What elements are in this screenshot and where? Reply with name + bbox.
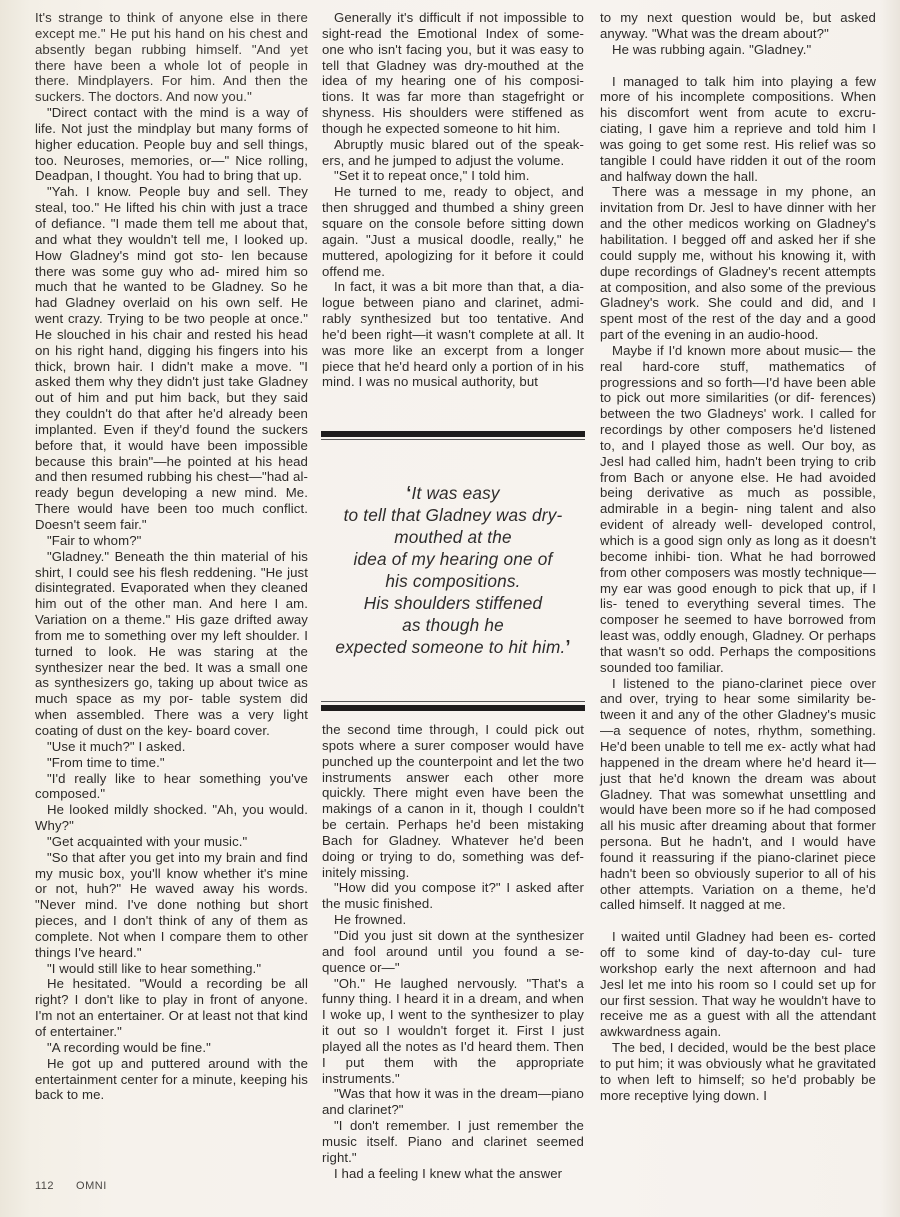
thick-rule [321, 705, 585, 711]
article-column-2-bottom: the second time through, I could pick ou… [322, 722, 584, 1181]
pull-quote-line: as though he [321, 614, 585, 636]
thin-rule [321, 439, 585, 440]
paragraph: There was a message in my phone, an invi… [600, 184, 876, 342]
article-column-1: It's strange to think of anyone else in … [35, 10, 308, 1103]
paragraph: "Direct contact with the mind is a way o… [35, 105, 308, 184]
pull-quote-line: to tell that Gladney was dry- [321, 504, 585, 526]
paragraph: I managed to talk him into playing a few… [600, 74, 876, 185]
paragraph: "From time to time." [35, 755, 308, 771]
paragraph: "How did you compose it?" I asked after … [322, 880, 584, 912]
paragraph: "I don't remember. I just remember the m… [322, 1118, 584, 1166]
page-number: 112 [35, 1180, 54, 1192]
close-quote-icon: ’ [565, 637, 570, 657]
paragraph: "Fair to whom?" [35, 533, 308, 549]
pull-quote-line: ‘It was easy [321, 482, 585, 504]
paragraph: Maybe if I'd known more about music— the… [600, 343, 876, 676]
paragraph: "Did you just sit down at the synthesize… [322, 928, 584, 976]
magazine-name: OMNI [76, 1180, 107, 1192]
paragraph: Abruptly music blared out of the speak- … [322, 137, 584, 169]
paragraph: "Gladney." Beneath the thin material of … [35, 549, 308, 739]
pull-quote-line: expected someone to hit him.’ [321, 636, 585, 658]
paragraph: The bed, I decided, would be the best pl… [600, 1040, 876, 1103]
paragraph: "I would still like to hear something." [35, 961, 308, 977]
paragraph: "Yah. I know. People buy and sell. They … [35, 184, 308, 533]
pull-quote-line: mouthed at the [321, 526, 585, 548]
pull-quote-bottom-rule [321, 701, 585, 711]
paragraph: "A recording would be fine." [35, 1040, 308, 1056]
thin-rule [321, 701, 585, 702]
paragraph: the second time through, I could pick ou… [322, 722, 584, 880]
paragraph: to my next question would be, but asked … [600, 10, 876, 42]
pull-quote-line: his compositions. [321, 570, 585, 592]
paragraph: "Use it much?" I asked. [35, 739, 308, 755]
paragraph: He looked mildly shocked. "Ah, you would… [35, 802, 308, 834]
paragraph: "Was that how it was in the dream—piano … [322, 1086, 584, 1118]
thick-rule [321, 431, 585, 437]
pull-quote-line: His shoulders stiffened [321, 592, 585, 614]
paragraph: I listened to the piano-clarinet piece o… [600, 676, 876, 914]
pull-quote-top-rule [321, 431, 585, 440]
pull-quote-line: idea of my hearing one of [321, 548, 585, 570]
article-column-2-top: Generally it's difficult if not impossib… [322, 10, 584, 390]
paragraph: Generally it's difficult if not impossib… [322, 10, 584, 137]
paragraph: "Oh." He laughed nervously. "That's a fu… [322, 976, 584, 1087]
paragraph: It's strange to think of anyone else in … [35, 10, 308, 105]
paragraph: He got up and puttered around with the e… [35, 1056, 308, 1104]
paragraph: I had a feeling I knew what the answer [322, 1166, 584, 1182]
paragraph: I waited until Gladney had been es- cort… [600, 929, 876, 1040]
paragraph: He was rubbing again. "Gladney." [600, 42, 876, 58]
paragraph: "I'd really like to hear something you'v… [35, 771, 308, 803]
paragraph: "Set it to repeat once," I told him. [322, 168, 584, 184]
paragraph: "Get acquainted with your music." [35, 834, 308, 850]
paragraph: "So that after you get into my brain and… [35, 850, 308, 961]
pull-quote: ‘It was easy to tell that Gladney was dr… [321, 482, 585, 658]
paragraph: He turned to me, ready to object, and th… [322, 184, 584, 279]
paragraph: He hesitated. "Would a recording be all … [35, 976, 308, 1039]
paragraph: In fact, it was a bit more than that, a … [322, 279, 584, 390]
page-folio: 112OMNI [35, 1180, 107, 1192]
paragraph: He frowned. [322, 912, 584, 928]
article-column-3: to my next question would be, but asked … [600, 10, 876, 1104]
